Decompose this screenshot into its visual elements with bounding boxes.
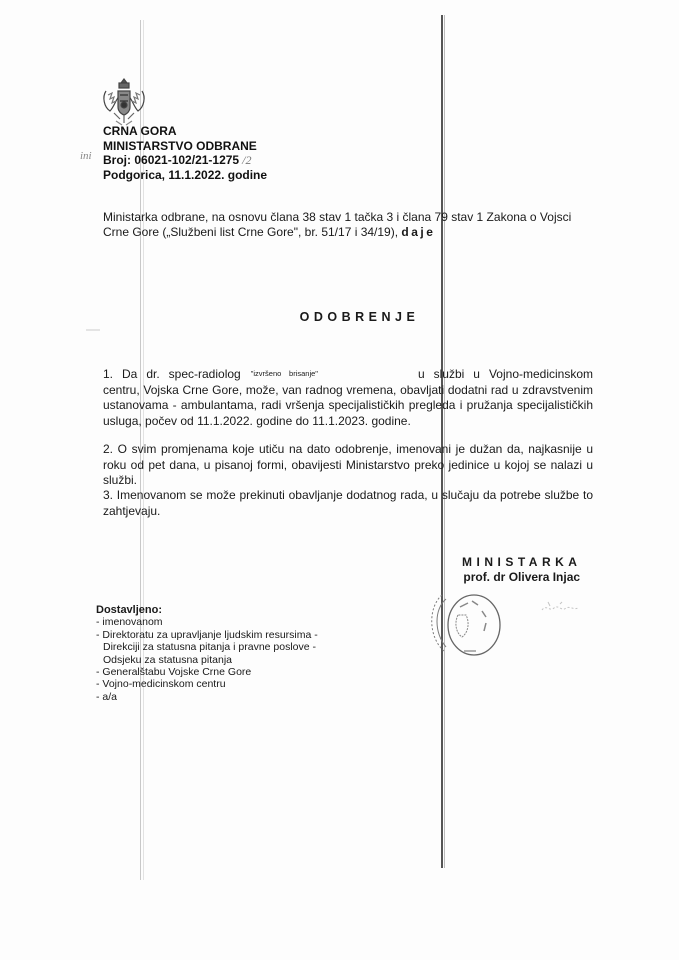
item-2: 2. O svim promjenama koje utiču na dato … [103,442,593,489]
coat-of-arms-icon [100,77,148,127]
margin-handwriting: ini [80,150,92,162]
item-text: O svim promjenama koje utiču na dato odo… [103,442,593,487]
distribution-item-continued: Odsjeku za statusna pitanja [96,654,318,666]
item-number: 1. [103,367,113,381]
letterhead: CRNA GORA MINISTARSTVO ODBRANE Broj: 060… [103,124,267,182]
item-number: 2. [103,442,113,456]
distribution-heading: Dostavljeno: [96,604,318,616]
distribution-item-continued: Direkciji za statusna pitanja i pravne p… [96,641,318,653]
distribution-item: - Generalštabu Vojske Crne Gore [96,666,318,678]
distribution-item: - Vojno-medicinskom centru [96,678,318,690]
item-text: Imenovanom se može prekinuti obavljanje … [103,488,593,518]
signature-scribble-icon [540,598,580,618]
signatory-name: prof. dr Olivera Injac [462,570,581,584]
distribution-item: - Direktoratu za upravljanje ljudskim re… [96,629,318,641]
item-number: 3. [103,488,113,502]
document-number: Broj: 06021-102/21-1275/2 [103,153,267,168]
official-stamp-icon [422,585,512,665]
ministry-name: MINISTARSTVO ODBRANE [103,139,267,154]
item-prefix: Da dr. spec-radiolog [122,367,241,381]
redaction-note: "izvršeno brisanje" [251,369,318,378]
document-title: ODOBRENJE [0,310,679,324]
number-value: 06021-102/21-1275 [134,153,239,167]
signature-block: MINISTARKA prof. dr Olivera Injac [462,555,581,584]
country-name: CRNA GORA [103,124,267,139]
scan-artifact [86,329,100,331]
handwritten-suffix: /2 [242,153,251,167]
place-date: Podgorica, 11.1.2022. godine [103,168,267,183]
intro-text: Ministarka odbrane, na osnovu člana 38 s… [103,210,571,239]
item-3: 3. Imenovanom se može prekinuti obavljan… [103,488,593,519]
document-page: ini CRNA GORA MINISTARSTVO ODBRANE Broj:… [0,0,679,960]
distribution-item: - imenovanom [96,616,318,628]
signatory-role: MINISTARKA [462,555,581,569]
number-label: Broj: [103,153,131,167]
item-1: 1. Da dr. spec-radiolog"izvršeno brisanj… [103,366,593,429]
intro-paragraph: Ministarka odbrane, na osnovu člana 38 s… [103,210,593,240]
distribution-item: - a/a [96,691,318,703]
distribution-list: Dostavljeno: - imenovanom - Direktoratu … [96,604,318,703]
intro-emphasis: daje [401,225,435,239]
